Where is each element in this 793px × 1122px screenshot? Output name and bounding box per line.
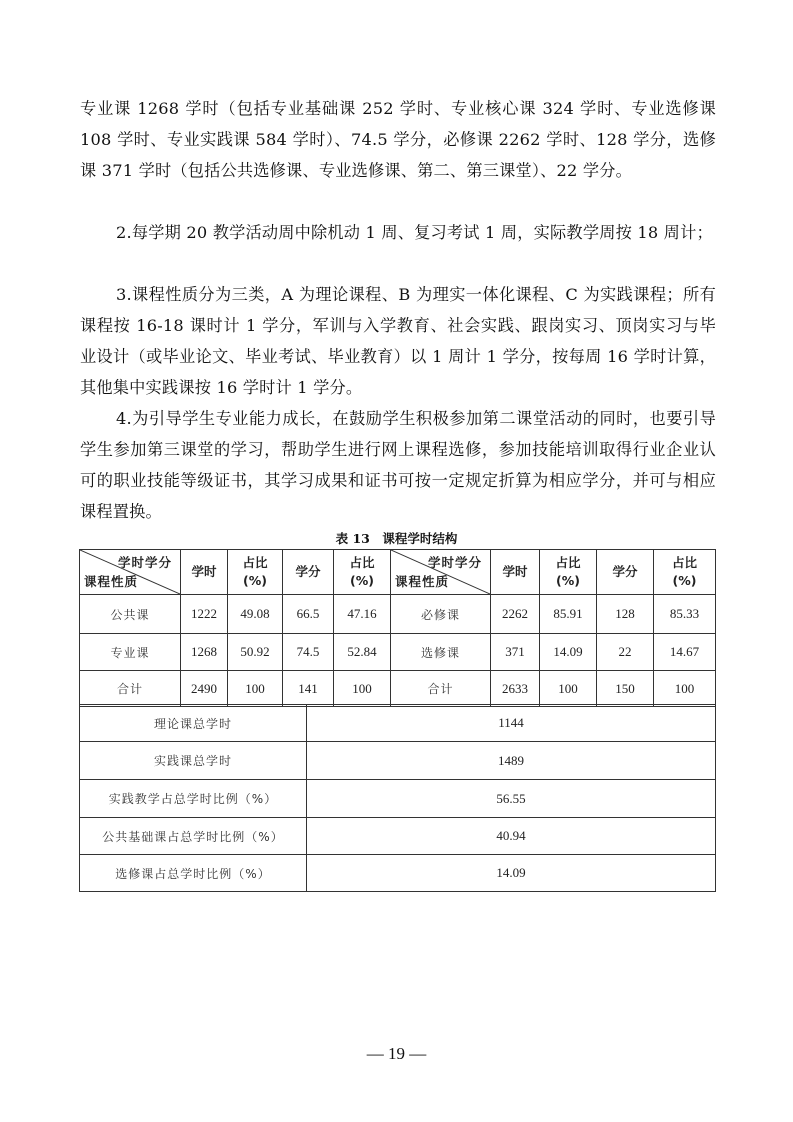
cell-hours-pct: 100 — [228, 671, 283, 707]
summary-label: 理论课总学时 — [80, 705, 307, 742]
summary-value: 1144 — [307, 705, 716, 742]
cell-hours: 371 — [491, 634, 540, 671]
summary-label: 实践教学占总学时比例（%） — [80, 780, 307, 818]
cell-hours-pct: 50.92 — [228, 634, 283, 671]
diag-top-label: 学时学分 — [428, 553, 482, 571]
cell-hours: 2262 — [491, 595, 540, 634]
page-number: — 19 — — [0, 1044, 793, 1064]
cell-credits: 128 — [597, 595, 654, 634]
cell-hours: 2490 — [181, 671, 228, 707]
row-name: 专业课 — [80, 634, 181, 671]
summary-table: 理论课总学时 1144 实践课总学时 1489 实践教学占总学时比例（%） 56… — [79, 704, 716, 892]
row-name: 必修课 — [391, 595, 491, 634]
summary-row: 选修课占总学时比例（%） 14.09 — [80, 855, 716, 892]
cell-credits-pct: 100 — [334, 671, 391, 707]
cell-credits-pct: 100 — [654, 671, 716, 707]
table-header-row: 学时学分 课程性质 学时 占比(%) 学分 占比(%) 学时学分 课程性质 学时… — [80, 550, 716, 595]
cell-hours: 1268 — [181, 634, 228, 671]
cell-credits: 22 — [597, 634, 654, 671]
ratio-line2: (%) — [673, 573, 697, 588]
ratio-line2: (%) — [350, 573, 374, 588]
summary-row: 实践课总学时 1489 — [80, 742, 716, 780]
header-hours-ratio: 占比(%) — [540, 550, 597, 595]
header-credits-ratio: 占比(%) — [654, 550, 716, 595]
cell-credits-pct: 47.16 — [334, 595, 391, 634]
cell-hours-pct: 85.91 — [540, 595, 597, 634]
table-row: 专业课 1268 50.92 74.5 52.84 选修课 371 14.09 … — [80, 634, 716, 671]
summary-row: 理论课总学时 1144 — [80, 705, 716, 742]
cell-credits: 150 — [597, 671, 654, 707]
row-name: 合计 — [391, 671, 491, 707]
summary-value: 1489 — [307, 742, 716, 780]
diag-bottom-label: 课程性质 — [395, 572, 449, 590]
summary-value: 14.09 — [307, 855, 716, 892]
diagonal-header-cell-left: 学时学分 课程性质 — [80, 550, 181, 595]
table-row-total: 合计 2490 100 141 100 合计 2633 100 150 100 — [80, 671, 716, 707]
diagonal-header-cell-right: 学时学分 课程性质 — [391, 550, 491, 595]
ratio-line2: (%) — [556, 573, 580, 588]
course-hours-table: 学时学分 课程性质 学时 占比(%) 学分 占比(%) 学时学分 课程性质 学时… — [79, 549, 716, 707]
diag-bottom-label: 课程性质 — [84, 572, 138, 590]
summary-label: 公共基础课占总学时比例（%） — [80, 818, 307, 855]
ratio-line1: 占比 — [242, 555, 267, 570]
paragraph-1: 专业课 1268 学时（包括专业基础课 252 学时、专业核心课 324 学时、… — [80, 93, 716, 186]
cell-credits: 66.5 — [283, 595, 334, 634]
summary-row: 公共基础课占总学时比例（%） 40.94 — [80, 818, 716, 855]
ratio-line2: (%) — [243, 573, 267, 588]
row-name: 合计 — [80, 671, 181, 707]
ratio-line1: 占比 — [672, 555, 697, 570]
header-credits: 学分 — [283, 550, 334, 595]
diag-top-label: 学时学分 — [118, 553, 172, 571]
cell-hours: 1222 — [181, 595, 228, 634]
table-title: 表 13 课程学时结构 — [0, 529, 793, 547]
table-row: 公共课 1222 49.08 66.5 47.16 必修课 2262 85.91… — [80, 595, 716, 634]
row-name: 公共课 — [80, 595, 181, 634]
summary-row: 实践教学占总学时比例（%） 56.55 — [80, 780, 716, 818]
paragraph-2: 2.每学期 20 教学活动周中除机动 1 周、复习考试 1 周，实际教学周按 1… — [80, 217, 716, 248]
summary-value: 56.55 — [307, 780, 716, 818]
ratio-line1: 占比 — [349, 555, 374, 570]
summary-label: 实践课总学时 — [80, 742, 307, 780]
header-credits: 学分 — [597, 550, 654, 595]
row-name: 选修课 — [391, 634, 491, 671]
cell-hours-pct: 49.08 — [228, 595, 283, 634]
cell-hours: 2633 — [491, 671, 540, 707]
header-hours: 学时 — [491, 550, 540, 595]
paragraph-4: 4.为引导学生专业能力成长，在鼓励学生积极参加第二课堂活动的同时，也要引导学生参… — [80, 403, 716, 527]
ratio-line1: 占比 — [555, 555, 580, 570]
header-credits-ratio: 占比(%) — [334, 550, 391, 595]
summary-label: 选修课占总学时比例（%） — [80, 855, 307, 892]
cell-hours-pct: 14.09 — [540, 634, 597, 671]
header-hours: 学时 — [181, 550, 228, 595]
cell-credits: 141 — [283, 671, 334, 707]
cell-hours-pct: 100 — [540, 671, 597, 707]
cell-credits: 74.5 — [283, 634, 334, 671]
cell-credits-pct: 14.67 — [654, 634, 716, 671]
paragraph-3: 3.课程性质分为三类，A 为理论课程、B 为理实一体化课程、C 为实践课程；所有… — [80, 279, 716, 403]
cell-credits-pct: 85.33 — [654, 595, 716, 634]
header-hours-ratio: 占比(%) — [228, 550, 283, 595]
cell-credits-pct: 52.84 — [334, 634, 391, 671]
summary-value: 40.94 — [307, 818, 716, 855]
